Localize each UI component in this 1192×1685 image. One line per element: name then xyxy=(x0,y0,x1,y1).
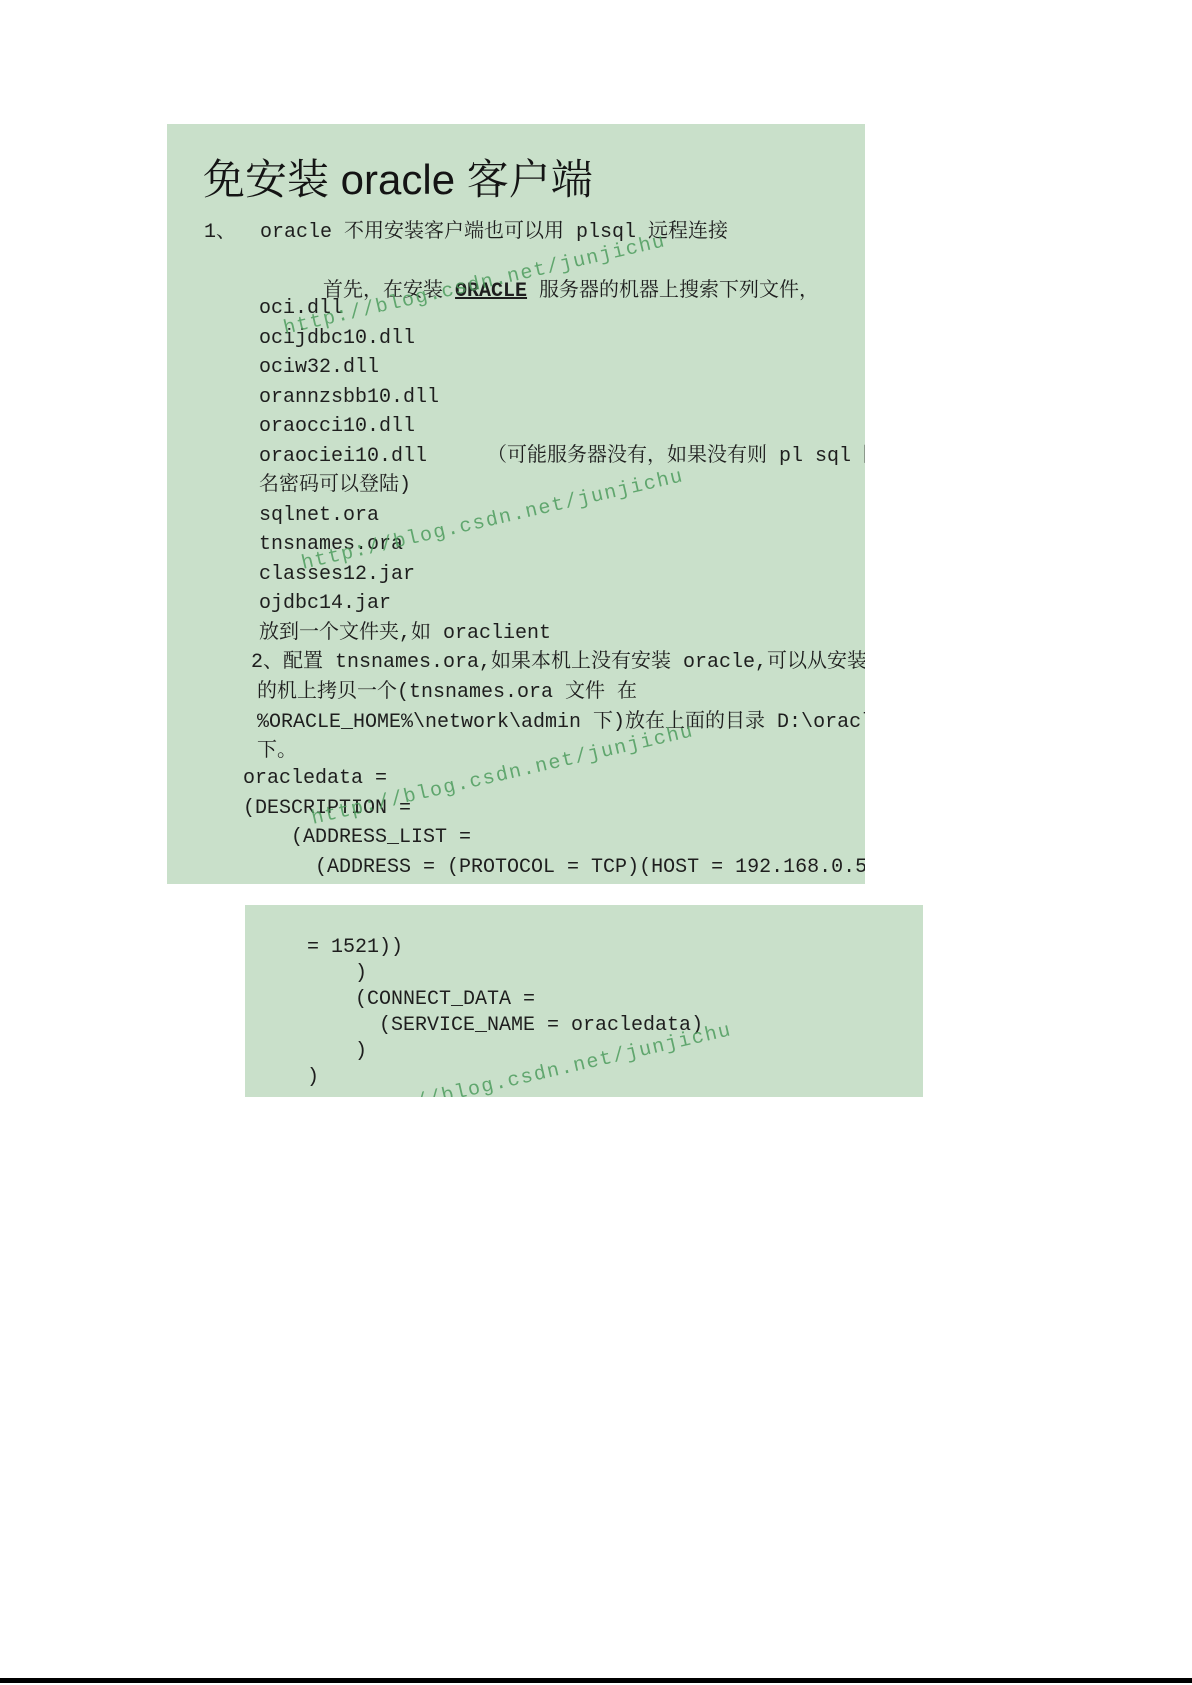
file-list: oci.dll ocijdbc10.dll ociw32.dll orannzs… xyxy=(259,294,865,648)
content-block-1: 免安装 oracle 客户端 1、 oracle 不用安装客户端也可以用 pls… xyxy=(167,124,865,884)
step2-continued: 的机上拷贝一个(tnsnames.ora 文件 在 %ORACLE_HOME%\… xyxy=(257,678,865,767)
content-block-2: = 1521)) ) (CONNECT_DATA = (SERVICE_NAME… xyxy=(245,905,923,1097)
step1-line: 1、 oracle 不用安装客户端也可以用 plsql 远程连接 xyxy=(204,218,728,247)
document-page: 免安装 oracle 客户端 1、 oracle 不用安装客户端也可以用 pls… xyxy=(0,0,1192,1685)
step2-line: 2、配置 tnsnames.ora,如果本机上没有安装 oracle,可以从安装… xyxy=(251,648,865,677)
tns-code-block-2: = 1521)) ) (CONNECT_DATA = (SERVICE_NAME… xyxy=(307,935,703,1091)
page-bottom-border xyxy=(0,1678,1192,1683)
tns-code-block-1: oracledata = (DESCRIPTION = (ADDRESS_LIS… xyxy=(243,764,865,882)
page-title: 免安装 oracle 客户端 xyxy=(203,154,593,206)
